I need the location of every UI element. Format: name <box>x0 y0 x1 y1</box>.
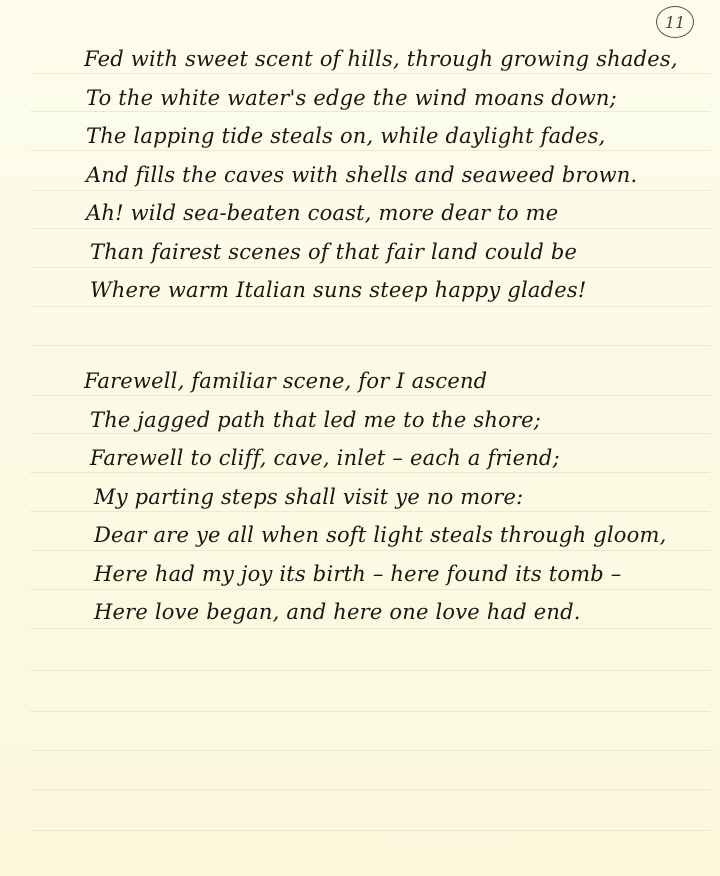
page-number: 11 <box>656 6 694 38</box>
poem-line: Farewell to cliff, cave, inlet – each a … <box>84 439 704 478</box>
ruled-line <box>30 750 710 751</box>
ruled-line <box>30 789 710 790</box>
stanza-1: Fed with sweet scent of hills, through g… <box>84 40 704 310</box>
manuscript-page: 11 Fed with sweet scent of hills, throug… <box>0 0 720 876</box>
ruled-line <box>30 670 710 671</box>
poem-line: The jagged path that led me to the shore… <box>84 401 704 440</box>
poem-line: Ah! wild sea-beaten coast, more dear to … <box>84 194 704 233</box>
poem-line: And fills the caves with shells and seaw… <box>84 156 704 195</box>
poem-line: Than fairest scenes of that fair land co… <box>84 233 704 272</box>
poem-line: To the white water's edge the wind moans… <box>84 79 704 118</box>
ruled-line <box>30 711 710 712</box>
ruled-line <box>30 345 710 346</box>
poem-line: My parting steps shall visit ye no more: <box>84 478 704 517</box>
ruled-line <box>30 830 710 831</box>
poem-line: Where warm Italian suns steep happy glad… <box>84 271 704 310</box>
poem-line: Here had my joy its birth – here found i… <box>84 555 704 594</box>
poem-line: Dear are ye all when soft light steals t… <box>84 516 704 555</box>
stanza-2: Farewell, familiar scene, for I ascend T… <box>84 362 704 632</box>
poem-line: Fed with sweet scent of hills, through g… <box>84 40 704 79</box>
poem-line: Farewell, familiar scene, for I ascend <box>84 362 704 401</box>
poem-line: The lapping tide steals on, while daylig… <box>84 117 704 156</box>
poem-line: Here love began, and here one love had e… <box>84 593 704 632</box>
